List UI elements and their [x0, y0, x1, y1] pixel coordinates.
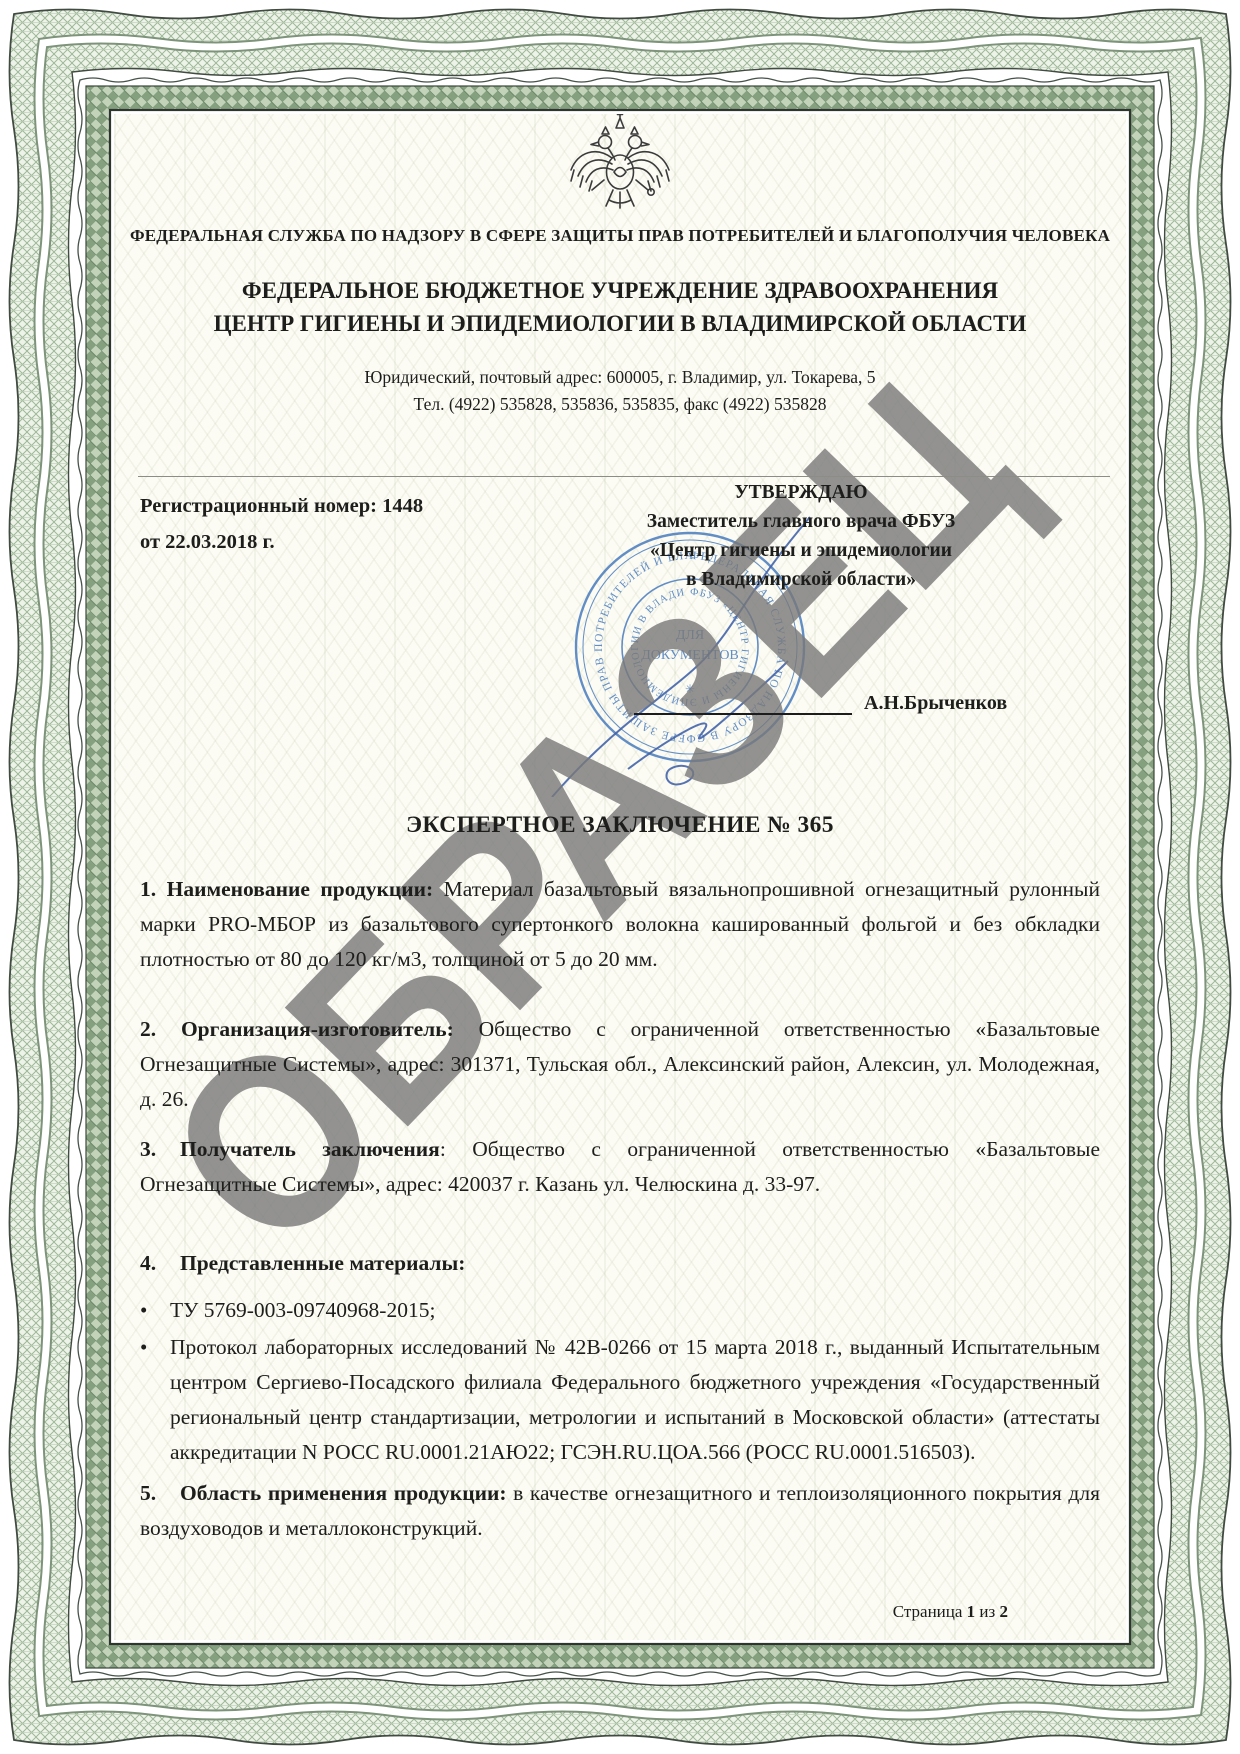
signature-line [634, 697, 852, 715]
footer-of-word: из [979, 1602, 995, 1621]
materials-list: • ТУ 5769-003-09740968-2015; • Протокол … [140, 1293, 1100, 1470]
section-product-name: 1. Наименование продукции: Материал база… [140, 872, 1100, 977]
section-1-label: 1. Наименование продукции: [140, 877, 433, 901]
certificate-field: ФЕДЕРАЛЬНАЯ СЛУЖБА ПО НАДЗОРУ В СФЕРЕ ЗА… [114, 114, 1126, 1640]
divider-line [138, 476, 1110, 477]
address-line1: Юридический, почтовый адрес: 600005, г. … [114, 364, 1126, 391]
footer-total-pages: 2 [1000, 1602, 1009, 1621]
document-title: ЭКСПЕРТНОЕ ЗАКЛЮЧЕНИЕ № 365 [114, 812, 1126, 839]
material-item-2: Протокол лабораторных исследований № 42В… [170, 1330, 1100, 1470]
section-materials: 4.Представленные материалы: • ТУ 5769-00… [140, 1246, 1100, 1470]
footer-page-number: 1 [967, 1602, 976, 1621]
address-line2: Тел. (4922) 535828, 535836, 535835, факс… [114, 391, 1126, 418]
section-3-label: Получатель заключения [180, 1137, 440, 1161]
footer-page-word: Страница [893, 1602, 963, 1621]
list-item: • ТУ 5769-003-09740968-2015; [140, 1293, 1100, 1328]
approval-line2: «Центр гигиены и эпидемиологии [561, 536, 1041, 565]
org-title-line2: ЦЕНТР ГИГИЕНЫ И ЭПИДЕМИОЛОГИИ В ВЛАДИМИР… [114, 307, 1126, 340]
signer-name: А.Н.Брыченков [864, 692, 1007, 715]
org-title-line1: ФЕДЕРАЛЬНОЕ БЮДЖЕТНОЕ УЧРЕЖДЕНИЕ ЗДРАВОО… [114, 274, 1126, 307]
section-2-label: 2. Организация-изготовитель: [140, 1017, 454, 1041]
section-4-number: 4. [140, 1246, 180, 1281]
section-manufacturer: 2. Организация-изготовитель: Общество с … [140, 1012, 1100, 1117]
certificate-page: ФЕДЕРАЛЬНАЯ СЛУЖБА ПО НАДЗОРУ В СФЕРЕ ЗА… [0, 0, 1240, 1754]
registration-number: Регистрационный номер: 1448 [140, 488, 423, 524]
approval-block: УТВЕРЖДАЮ Заместитель главного врача ФБУ… [561, 478, 1041, 594]
approval-line3: в Владимирской области» [561, 565, 1041, 594]
section-application: 5.Область применения продукции: в качест… [140, 1476, 1100, 1546]
page-footer: Страница 1 из 2 [893, 1602, 1008, 1622]
section-3-number: 3. [140, 1132, 180, 1167]
section-5-number: 5. [140, 1476, 180, 1511]
agency-header: ФЕДЕРАЛЬНАЯ СЛУЖБА ПО НАДЗОРУ В СФЕРЕ ЗА… [114, 226, 1126, 246]
approval-heading: УТВЕРЖДАЮ [561, 478, 1041, 507]
section-recipient: 3.Получатель заключения: Общество с огра… [140, 1132, 1100, 1202]
signature-row: А.Н.Брыченков [634, 692, 1114, 715]
approval-line1: Заместитель главного врача ФБУЗ [561, 507, 1041, 536]
bullet-icon: • [140, 1293, 154, 1328]
registration-block: Регистрационный номер: 1448 от 22.03.201… [140, 488, 423, 560]
material-item-1: ТУ 5769-003-09740968-2015; [170, 1293, 1100, 1328]
org-title: ФЕДЕРАЛЬНОЕ БЮДЖЕТНОЕ УЧРЕЖДЕНИЕ ЗДРАВОО… [114, 274, 1126, 340]
address-block: Юридический, почтовый адрес: 600005, г. … [114, 364, 1126, 418]
section-5-label: Область применения продукции: [180, 1481, 507, 1505]
registration-date: от 22.03.2018 г. [140, 524, 423, 560]
section-4-label: Представленные материалы: [180, 1251, 465, 1275]
coat-of-arms-icon [558, 114, 682, 220]
bullet-icon: • [140, 1330, 154, 1470]
list-item: • Протокол лабораторных исследований № 4… [140, 1330, 1100, 1470]
